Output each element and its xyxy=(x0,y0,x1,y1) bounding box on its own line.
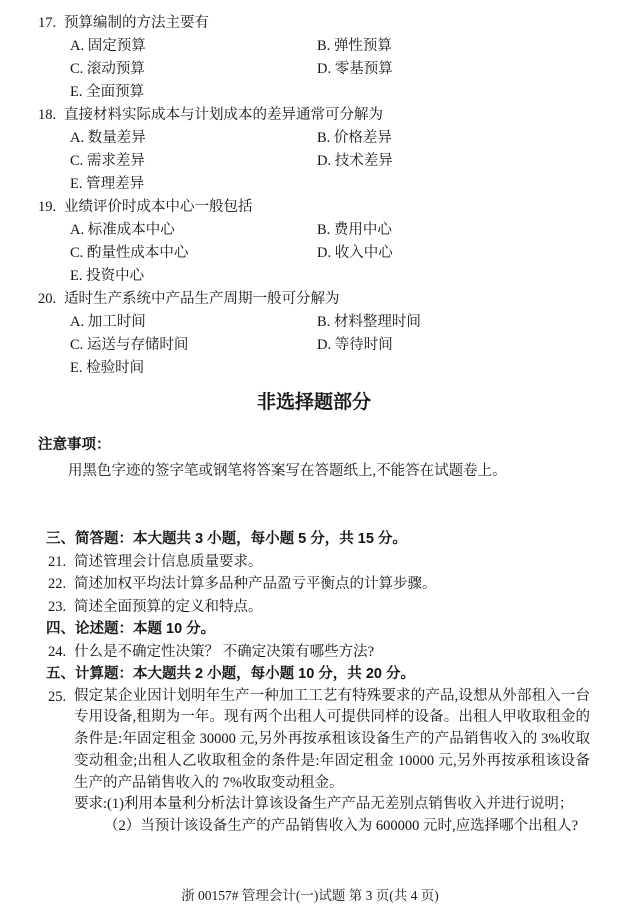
option-e: E. 全面预算 xyxy=(70,81,317,104)
question-25-paragraph: 假定某企业因计划明年生产一种加工工艺有特殊要求的产品,设想从外部租入一台专用设备… xyxy=(74,686,590,795)
question-text: 什么是不确定性决策？ 不确定决策有哪些方法? xyxy=(74,641,590,664)
question-19-options: A. 标准成本中心 B. 费用中心 C. 酌量性成本中心 D. 收入中心 E. … xyxy=(70,219,590,288)
question-25-body: 假定某企业因计划明年生产一种加工工艺有特殊要求的产品,设想从外部租入一台专用设备… xyxy=(74,686,590,839)
question-18: 18. 直接材料实际成本与计划成本的差异通常可分解为 A. 数量差异 B. 价格… xyxy=(38,104,590,196)
question-20-options: A. 加工时间 B. 材料整理时间 C. 运送与存储时间 D. 等待时间 E. … xyxy=(70,311,590,380)
part-heading: 非选择题部分 xyxy=(38,388,590,418)
option-b: B. 价格差异 xyxy=(317,127,590,150)
question-18-options: A. 数量差异 B. 价格差异 C. 需求差异 D. 技术差异 E. 管理差异 xyxy=(70,127,590,196)
question-19: 19. 业绩评价时成本中心一般包括 A. 标准成本中心 B. 费用中心 C. 酌… xyxy=(38,196,590,288)
option-d: D. 技术差异 xyxy=(317,150,590,173)
option-d: D. 收入中心 xyxy=(317,242,590,265)
lower-sections: 三、简答题：本大题共 3 小题，每小题 5 分，共 15 分。 21. 简述管理… xyxy=(38,528,590,838)
question-number: 22. xyxy=(48,573,74,596)
option-b: B. 费用中心 xyxy=(317,219,590,242)
question-25-requirement-2: （2）当预计该设备生产的产品销售收入为 600000 元时,应选择哪个出租人? xyxy=(104,816,590,838)
question-text: 业绩评价时成本中心一般包括 xyxy=(64,196,590,219)
option-e: E. 检验时间 xyxy=(70,357,317,380)
question-text: 简述加权平均法计算多品种产品盈亏平衡点的计算步骤。 xyxy=(74,573,590,596)
option-e: E. 投资中心 xyxy=(70,265,317,288)
question-text: 简述全面预算的定义和特点。 xyxy=(74,596,590,619)
question-23: 23. 简述全面预算的定义和特点。 xyxy=(48,596,590,619)
page-content: 17. 预算编制的方法主要有 A. 固定预算 B. 弹性预算 C. 滚动预算 D… xyxy=(0,0,620,838)
option-b: B. 材料整理时间 xyxy=(317,311,590,334)
question-number: 20. xyxy=(38,288,64,311)
question-text: 简述管理会计信息质量要求。 xyxy=(74,551,590,574)
question-text: 适时生产系统中产品生产周期一般可分解为 xyxy=(64,288,590,311)
option-a: A. 固定预算 xyxy=(70,35,317,58)
question-24: 24. 什么是不确定性决策？ 不确定决策有哪些方法? xyxy=(48,641,590,664)
question-text: 预算编制的方法主要有 xyxy=(64,12,590,35)
page-footer: 浙 00157# 管理会计(一)试题 第 3 页(共 4 页) xyxy=(0,886,620,906)
question-21: 21. 简述管理会计信息质量要求。 xyxy=(48,551,590,574)
question-number: 25. xyxy=(48,686,74,839)
question-number: 19. xyxy=(38,196,64,219)
exam-paper-page: 17. 预算编制的方法主要有 A. 固定预算 B. 弹性预算 C. 滚动预算 D… xyxy=(0,0,620,923)
question-25-requirement-1: 要求:(1)利用本量利分析法计算该设备生产产品无差别点销售收入并进行说明； xyxy=(74,794,590,816)
question-25: 25. 假定某企业因计划明年生产一种加工工艺有特殊要求的产品,设想从外部租入一台… xyxy=(48,686,590,839)
option-d: D. 等待时间 xyxy=(317,334,590,357)
question-text: 直接材料实际成本与计划成本的差异通常可分解为 xyxy=(64,104,590,127)
option-c: C. 运送与存储时间 xyxy=(70,334,317,357)
notice-title: 注意事项： xyxy=(38,434,590,456)
question-number: 17. xyxy=(38,12,64,35)
section-four-heading: 四、论述题：本题 10 分。 xyxy=(46,618,590,641)
option-e: E. 管理差异 xyxy=(70,173,317,196)
option-c: C. 需求差异 xyxy=(70,150,317,173)
option-a: A. 数量差异 xyxy=(70,127,317,150)
option-c: C. 滚动预算 xyxy=(70,58,317,81)
notice-body: 用黑色字迹的签字笔或钢笔将答案写在答题纸上,不能答在试题卷上。 xyxy=(68,460,590,482)
option-a: A. 标准成本中心 xyxy=(70,219,317,242)
question-number: 21. xyxy=(48,551,74,574)
question-22: 22. 简述加权平均法计算多品种产品盈亏平衡点的计算步骤。 xyxy=(48,573,590,596)
option-b: B. 弹性预算 xyxy=(317,35,590,58)
option-a: A. 加工时间 xyxy=(70,311,317,334)
question-20: 20. 适时生产系统中产品生产周期一般可分解为 A. 加工时间 B. 材料整理时… xyxy=(38,288,590,380)
question-17: 17. 预算编制的方法主要有 A. 固定预算 B. 弹性预算 C. 滚动预算 D… xyxy=(38,12,590,104)
question-number: 18. xyxy=(38,104,64,127)
section-five-heading: 五、计算题：本大题共 2 小题，每小题 10 分，共 20 分。 xyxy=(46,663,590,686)
question-number: 24. xyxy=(48,641,74,664)
section-three-heading: 三、简答题：本大题共 3 小题，每小题 5 分，共 15 分。 xyxy=(46,528,590,551)
option-d: D. 零基预算 xyxy=(317,58,590,81)
option-c: C. 酌量性成本中心 xyxy=(70,242,317,265)
question-17-options: A. 固定预算 B. 弹性预算 C. 滚动预算 D. 零基预算 E. 全面预算 xyxy=(70,35,590,104)
question-number: 23. xyxy=(48,596,74,619)
